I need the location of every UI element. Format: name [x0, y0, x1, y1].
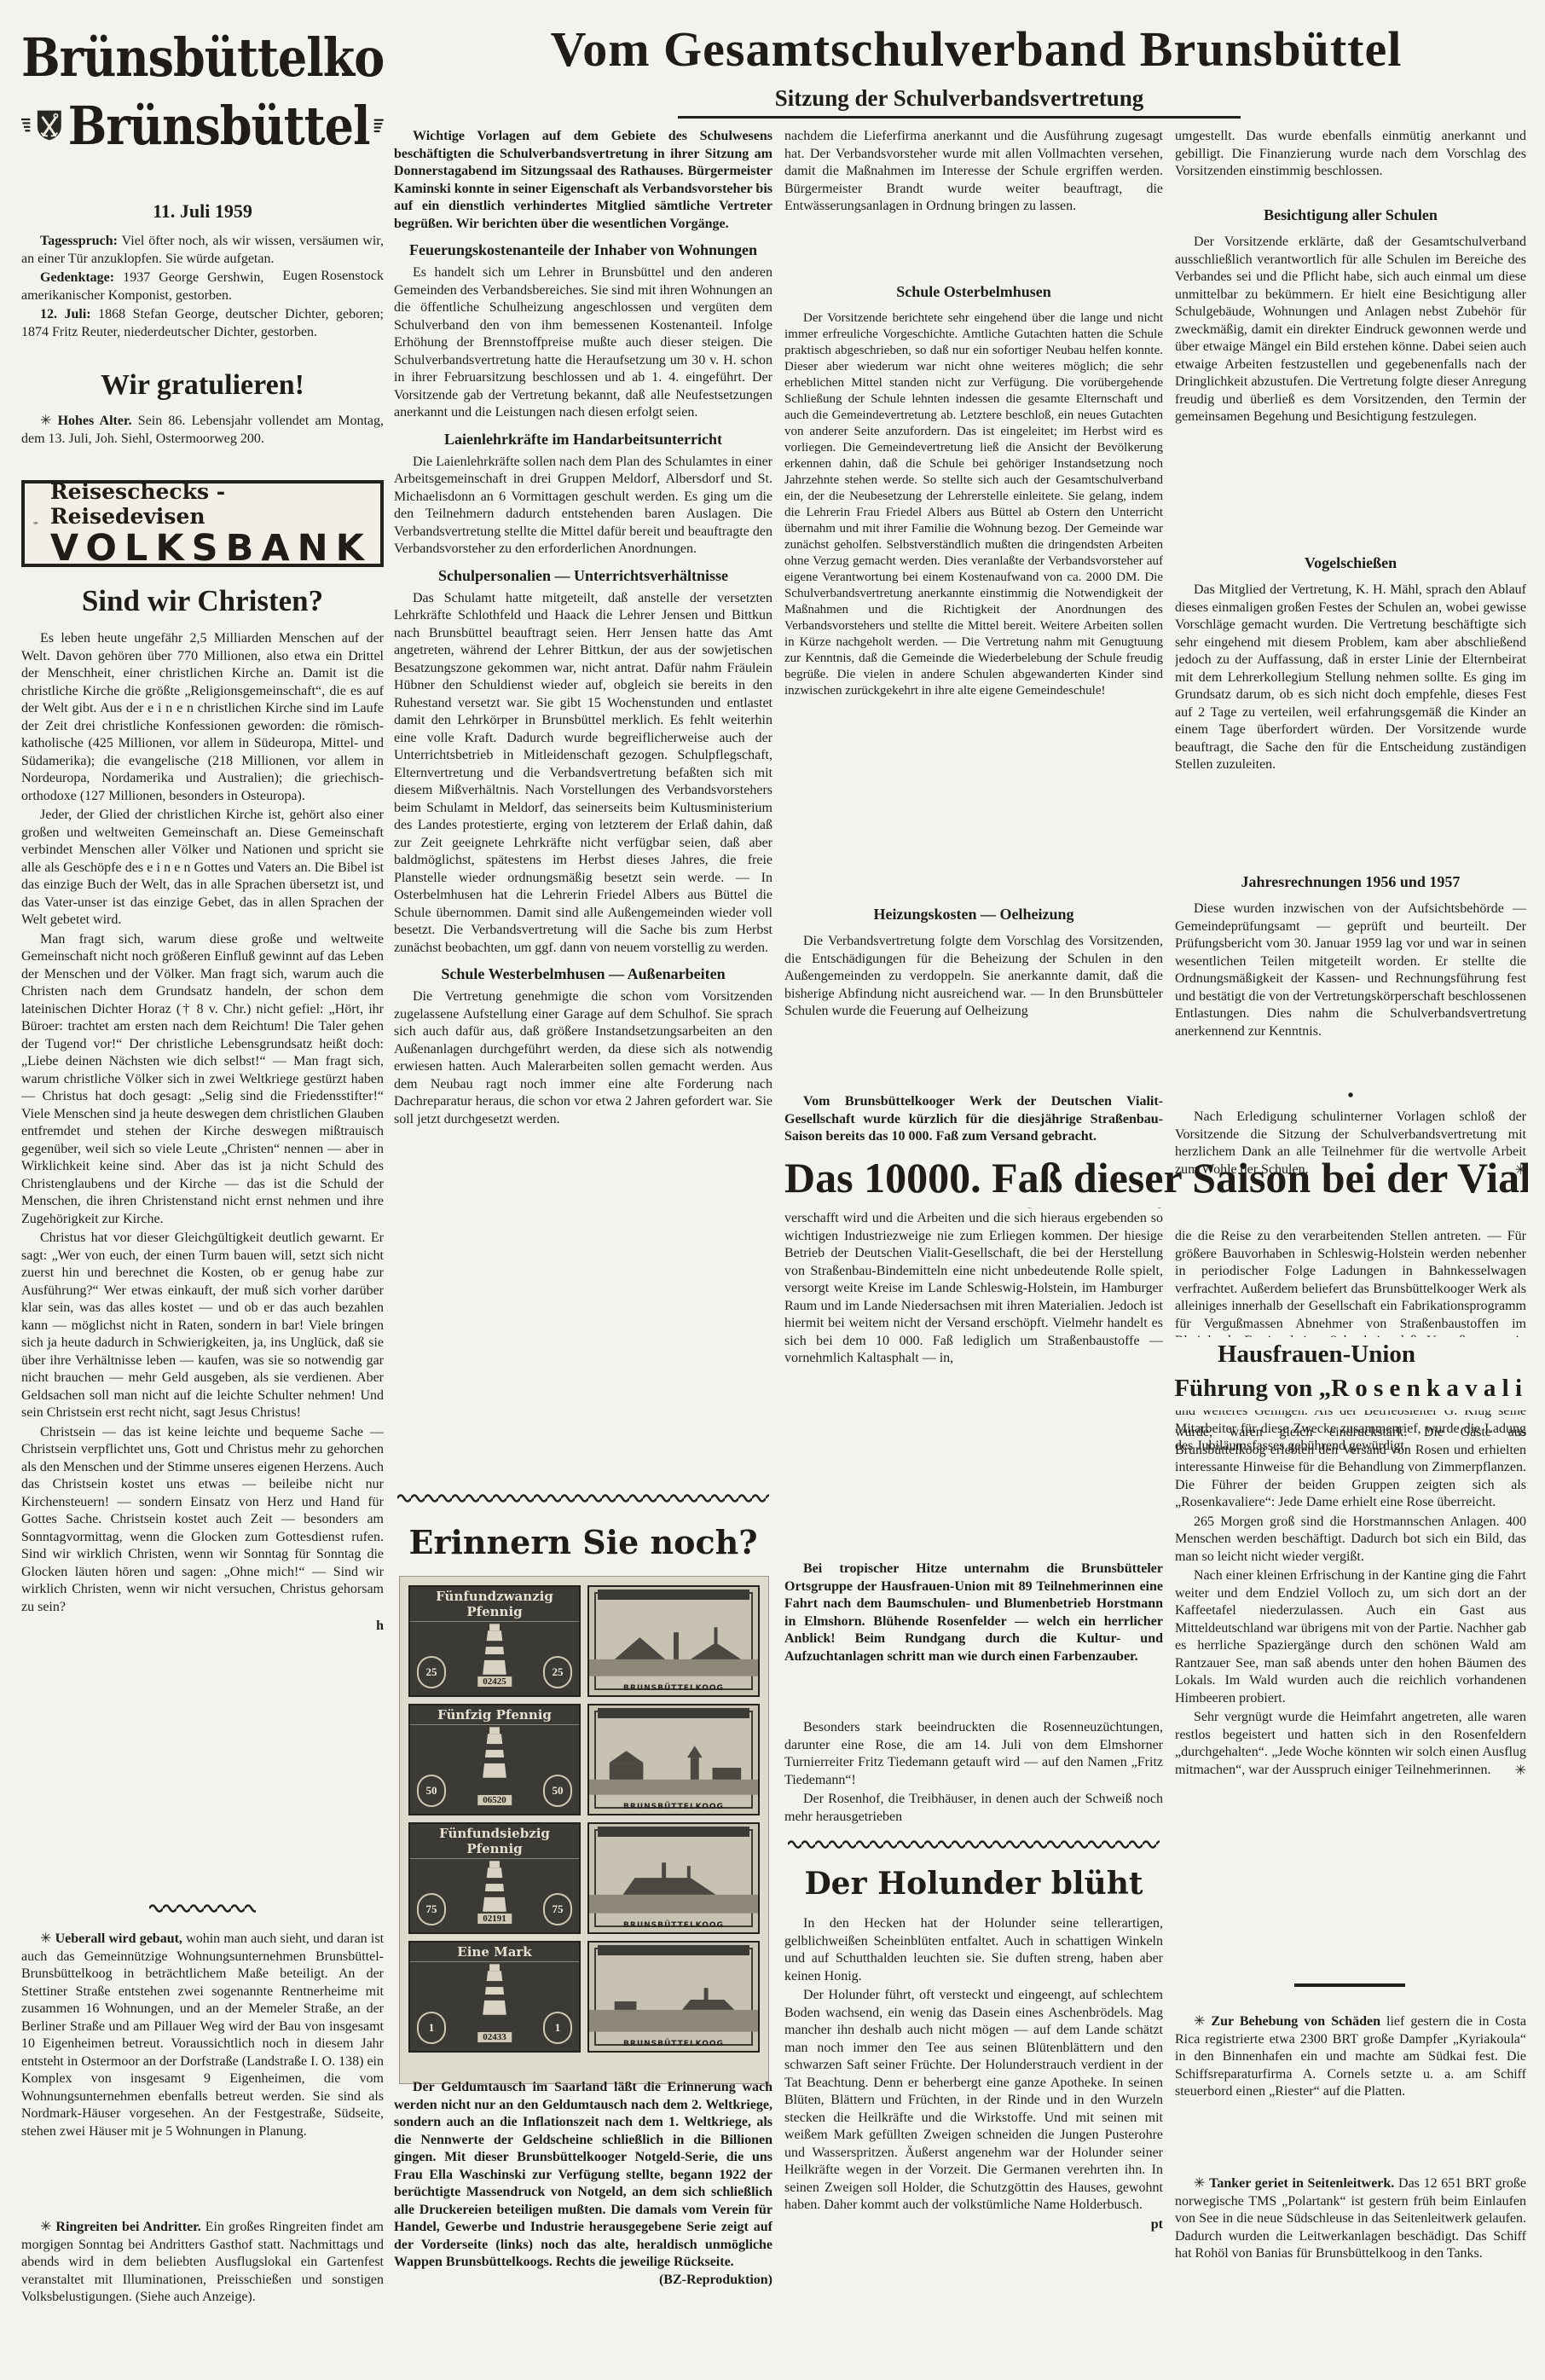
notgeld-caption: Der Geldumtausch im Saarland läßt die Er…: [394, 2079, 772, 2380]
gedenktage-label: Gedenktage:: [40, 270, 114, 285]
notgeld-front-75: Fünfundsiebzig Pfennig 75 75 02191: [408, 1822, 581, 1934]
note-back-town-label: BRUNSBÜTTELKOOG: [589, 2040, 758, 2048]
section-body-vogelschiessen: Das Mitglied der Vertretung, K. H. Mähl,…: [1175, 582, 1526, 774]
squiggle-divider: [788, 1839, 1160, 1852]
note-serial: 06520: [477, 1795, 512, 1805]
hohes-alter-item: ✳ Hohes Alter. Sein 86. Lebensjahr volle…: [21, 412, 384, 473]
star-icon: ✳: [1496, 1161, 1526, 1179]
ad-line2: VOLKSBANK: [50, 529, 372, 568]
squiggle-divider: [149, 1902, 256, 1916]
note-value-right: 75: [543, 1893, 572, 1925]
hausfrauen-heading-line1: Hausfrauen-Union: [1175, 1337, 1526, 1371]
hausfrauen-col3-p2: Besonders stark beeindruckten die Rosenn…: [784, 1719, 1163, 1789]
section-body-heizungskosten: Die Verbandsvertretung folgte dem Vorsch…: [784, 933, 1163, 1021]
star-icon: ✳: [40, 412, 51, 428]
christen-para: Jeder, der Glied der christlichen Kirche…: [21, 807, 384, 929]
hausfrauen-heading-line2: unter Führung von „R o s e n k a v a l i…: [1175, 1371, 1526, 1410]
gebaut-text: wohin man auch sieht, und daran ist auch…: [21, 1931, 384, 2139]
notgeld-back-75: BRUNSBÜTTELKOOG: [587, 1822, 760, 1934]
gebaut-label: Ueberall wird gebaut,: [55, 1931, 182, 1946]
note-value-right: 25: [543, 1656, 572, 1688]
section-separator-dot: •: [1175, 1086, 1526, 1105]
section-head-osterbelmhusen: Schule Osterbelmhusen: [784, 283, 1163, 305]
ringreiten-item: ✳ Ringreiten bei Andritter. Ein großes R…: [21, 2218, 384, 2380]
hausfrauen-p4: Sehr vergnügt wurde die Heimfahrt angetr…: [1175, 1710, 1526, 1777]
star-icon: ✳: [1496, 1762, 1526, 1780]
note-value-right: 50: [543, 1775, 572, 1807]
anchor-shield-icon: [36, 83, 63, 168]
column-3: nachdem die Lieferfirma anerkannt und di…: [784, 128, 1163, 2380]
note-value-left: 25: [417, 1656, 446, 1688]
issue-date: 11. Juli 1959: [21, 200, 384, 226]
tagesspruch-label: Tagesspruch:: [40, 234, 118, 248]
notgeld-front-25: Fünfundzwanzig Pfennig 25 25 02425: [408, 1585, 581, 1697]
column-2: Wichtige Vorlagen auf dem Gebiete des Sc…: [394, 128, 772, 2380]
hausfrauen-p2: 265 Morgen groß sind die Horstmannschen …: [1175, 1514, 1526, 1566]
notgeld-back-1mark: BRUNSBÜTTELKOOG: [587, 1941, 760, 2053]
note-back-town-label: BRUNSBÜTTELKOOG: [589, 1803, 758, 1811]
note-serial: 02191: [477, 1914, 512, 1924]
star-icon: ✳: [1194, 2012, 1205, 2029]
gebaut-item: ✳ Ueberall wird gebaut, wohin man auch s…: [21, 1930, 384, 2213]
section-body-westerbelmhusen: Die Vertretung genehmigte die schon vom …: [394, 988, 772, 1128]
note-value-right: 1: [543, 2012, 572, 2044]
hausfrauen-heading: Hausfrauen-Union unter Führung von „R o …: [1175, 1337, 1526, 1410]
notgeld-front-1mark: Eine Mark 1 1 02433: [408, 1941, 581, 2053]
section-head-feuerung: Feuerungskostenanteile der Inhaber von W…: [394, 241, 772, 259]
hausfrauen-p1: wurde, waren gleich eindruckstark. Die G…: [1175, 1424, 1526, 1512]
christen-para: Christsein — das ist keine leichte und b…: [21, 1424, 384, 1617]
holunder-heading: Der Holunder blüht: [784, 1866, 1163, 1907]
notgeld-front-50: Fünfzig Pfennig 50 50 06520: [408, 1704, 581, 1815]
volksbank-ad[interactable]: Reiseschecks - Reisedevisen VOLKSBANK: [21, 480, 384, 569]
news2-label: Tanker geriet in Seitenleitwerk.: [1209, 2176, 1394, 2191]
section-head-schulpersonalien: Schulpersonalien — Unterrichtsverhältnis…: [394, 567, 772, 585]
christen-heading: Sind wir Christen?: [21, 584, 384, 622]
author-initial: h: [376, 1618, 384, 1636]
july12-label: 12. Juli:: [40, 307, 91, 321]
section-body-laienlehr: Die Laienlehrkräfte sollen nach dem Plan…: [394, 454, 772, 559]
notgeld-back-25: BRUNSBÜTTELKOOG: [587, 1585, 760, 1697]
squiggle-divider: [397, 1492, 769, 1506]
christen-para: Christus hat vor dieser Gleichgültigkeit…: [21, 1230, 384, 1422]
notgeld-back-50: BRUNSBÜTTELKOOG: [587, 1704, 760, 1815]
note-serial: 02433: [477, 2032, 512, 2042]
continuation-text: nachdem die Lieferfirma anerkannt und di…: [784, 128, 1163, 216]
note-back-town-label: BRUNSBÜTTELKOOG: [589, 1921, 758, 1930]
note-value-left: 1: [417, 2012, 446, 2044]
note-denomination: Fünfzig Pfennig: [410, 1705, 579, 1725]
note-value-left: 75: [417, 1893, 446, 1925]
vialit-intro: Vom Brunsbüttelkooger Werk der Deutschen…: [784, 1093, 1163, 1146]
ringreiten-label: Ringreiten bei Andritter.: [55, 2220, 200, 2234]
caption-credit: (BZ-Reproduktion): [640, 2272, 772, 2290]
ad-line1: Reiseschecks - Reisedevisen: [50, 480, 372, 529]
waterfront-scene-icon: [589, 1976, 758, 2032]
star-icon: ✳: [40, 1930, 51, 1946]
holunder-p2: Der Holunder führt, oft versteckt und ei…: [784, 1987, 1163, 2215]
harbor-scene-icon: [589, 1620, 758, 1676]
erinnern-heading: Erinnern Sie noch?: [394, 1523, 772, 1566]
hausfrauen-col3-p3: Der Rosenhof, die Treibhäuser, in denen …: [784, 1791, 1163, 1826]
christen-article: Es leben heute ungefähr 2,5 Milliarden M…: [21, 630, 384, 1891]
christen-para: Man fragt sich, warum diese große und we…: [21, 931, 384, 1229]
volksbank-v-wing-icon: [33, 493, 38, 554]
news1-label: Zur Behebung von Schäden: [1211, 2014, 1380, 2029]
section-head-jahresrechnungen: Jahresrechnungen 1956 und 1957: [1175, 873, 1526, 895]
continuation-text: umgestellt. Das wurde ebenfalls einmütig…: [1175, 128, 1526, 181]
note-denomination: Fünfundsiebzig Pfennig: [410, 1824, 579, 1859]
section-head-westerbelmhusen: Schule Westerbelmhusen — Außenarbeiten: [394, 965, 772, 983]
hohes-alter-label: Hohes Alter.: [58, 414, 132, 428]
newspaper-page: Brünsbüttelkoog Brünsbüttel: [0, 0, 1545, 2380]
note-value-left: 50: [417, 1775, 446, 1807]
note-denomination: Fünfundzwanzig Pfennig: [410, 1587, 579, 1622]
star-icon: ✳: [40, 2218, 51, 2234]
left-column: Brünsbüttelkoog Brünsbüttel: [21, 30, 384, 2380]
holunder-p1: In den Hecken hat der Holunder seine tel…: [784, 1915, 1163, 1985]
speed-lines-right-icon: [373, 100, 385, 151]
closing-text: Nach Erledigung schulinterner Vorlagen s…: [1175, 1109, 1526, 1177]
section-head-laienlehr: Laienlehrkräfte im Handarbeitsunterricht: [394, 431, 772, 449]
main-headline: Vom Gesamtschulverband Brunsbüttel: [426, 20, 1526, 77]
star-icon: ✳: [1194, 2174, 1205, 2191]
section-body-schulpersonalien: Das Schulamt hatte mitgeteilt, daß anste…: [394, 590, 772, 958]
short-rule-divider: [1294, 1983, 1405, 1987]
main-subhead: Sitzung der Schulverbandsvertretung: [678, 85, 1241, 119]
note-back-town-label: BRUNSBÜTTELKOOG: [589, 1684, 758, 1693]
hausfrauen-intro: Bei tropischer Hitze unternahm die Bruns…: [784, 1561, 1163, 1665]
section-head-besichtigung: Besichtigung aller Schulen: [1175, 206, 1526, 229]
section-head-heizungskosten: Heizungskosten — Oelheizung: [784, 906, 1163, 928]
notgeld-photo: Fünfundzwanzig Pfennig 25 25 02425 BRUNS…: [399, 1576, 769, 2084]
hausfrauen-p3: Nach einer kleinen Erfrischung in der Ka…: [1175, 1567, 1526, 1707]
village-scene-icon: [589, 1739, 758, 1795]
masthead-town-line2: Brünsbüttel: [68, 94, 370, 157]
section-body-jahresrechnungen: Diese wurden inzwischen von der Aufsicht…: [1175, 900, 1526, 1040]
section-head-vogelschiessen: Vogelschießen: [1175, 554, 1526, 576]
ship-scene-icon: [589, 1857, 758, 1914]
speed-lines-left-icon: [21, 100, 31, 151]
gratulieren-heading: Wir gratulieren!: [21, 369, 384, 405]
article-intro: Wichtige Vorlagen auf dem Gebiete des Sc…: [394, 128, 772, 233]
christen-para: Es leben heute ungefähr 2,5 Milliarden M…: [21, 630, 384, 805]
section-body-besichtigung: Der Vorsitzende erklärte, daß der Gesamt…: [1175, 234, 1526, 426]
author-initial: pt: [1151, 2216, 1163, 2234]
masthead-town-line1: Brünsbüttelkoog: [21, 30, 384, 84]
tagesspruch-author: Eugen Rosenstock: [263, 268, 384, 286]
column-4: umgestellt. Das wurde ebenfalls einmütig…: [1175, 128, 1526, 2380]
caption-text: Der Geldumtausch im Saarland läßt die Er…: [394, 2080, 772, 2269]
note-serial: 02425: [477, 1676, 512, 1687]
section-body-osterbelmhusen: Der Vorsitzende berichtete sehr eingehen…: [784, 310, 1163, 699]
note-denomination: Eine Mark: [410, 1943, 579, 1962]
masthead: Brünsbüttelkoog Brünsbüttel: [21, 30, 384, 196]
section-body-feuerung: Es handelt sich um Lehrer in Brunsbüttel…: [394, 264, 772, 422]
